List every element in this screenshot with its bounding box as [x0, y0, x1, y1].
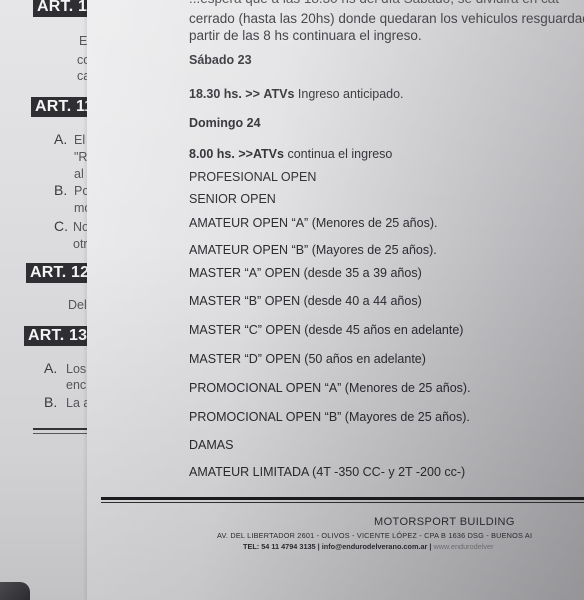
article-10-heading: ART. 10 [33, 0, 87, 17]
intro-line: ...espera que a las 18.30 hs del día Sáb… [189, 0, 559, 6]
intro-line: partir de las 8 hs continuara el ingreso… [189, 28, 422, 43]
category-item: MASTER “C” OPEN (desde 45 años en adelan… [189, 323, 463, 337]
article-13-line: Los [66, 362, 86, 376]
sunday-entry: 8.00 hs. >>ATVs continua el ingreso [189, 147, 392, 161]
item-letter: A. [44, 360, 57, 376]
footer-web: www.endurodelver [433, 542, 493, 551]
article-13-line: enc [66, 378, 86, 392]
entry-class: ATVs [263, 87, 294, 101]
category-item: PROFESIONAL OPEN [189, 170, 316, 184]
divider-rule [33, 428, 87, 430]
intro-line: cerrado (hasta las 20hs) donde quedaran … [189, 11, 584, 26]
article-11-line: al [74, 167, 84, 181]
entry-text: continua el ingreso [287, 147, 392, 161]
footer-rule [101, 497, 584, 500]
item-letter: A. [54, 131, 67, 147]
category-item: AMATEUR OPEN “B” (Mayores de 25 años). [189, 243, 437, 257]
category-item: PROMOCIONAL OPEN “B” (Mayores de 25 años… [189, 410, 470, 424]
saturday-entry: 18.30 hs. >> ATVs Ingreso anticipado. [189, 87, 404, 101]
category-item: MASTER “A” OPEN (desde 35 a 39 años) [189, 266, 422, 280]
footer-rule [101, 502, 584, 503]
entry-class: ATVs [253, 147, 284, 161]
article-11-line: "R [74, 150, 87, 164]
footer-tel: TEL: 54 11 4794 3135 | info@endurodelver… [243, 542, 431, 551]
entry-text: Ingreso anticipado. [298, 87, 404, 101]
entry-time: 18.30 hs. >> [189, 87, 260, 101]
footer-title: MOTORSPORT BUILDING [374, 516, 515, 528]
category-item: DAMAS [189, 438, 233, 452]
category-item: AMATEUR OPEN “A” (Menores de 25 años). [189, 216, 437, 230]
footer-address: AV. DEL LIBERTADOR 2601 - OLIVOS - VICEN… [217, 531, 532, 540]
article-12-line: Del [68, 298, 87, 312]
footer-contact: TEL: 54 11 4794 3135 | info@endurodelver… [243, 542, 494, 551]
item-letter: B. [54, 182, 67, 198]
saturday-heading: Sábado 23 [189, 53, 252, 67]
background-object [0, 582, 30, 600]
item-letter: B. [44, 394, 57, 410]
category-item: AMATEUR LIMITADA (4T -350 CC- y 2T -200 … [189, 465, 465, 479]
article-12-heading: ART. 12 [26, 263, 90, 283]
divider-rule [33, 433, 87, 434]
category-item: SENIOR OPEN [189, 192, 276, 206]
sunday-heading: Domingo 24 [189, 116, 261, 130]
category-item: PROMOCIONAL OPEN “A” (Menores de 25 años… [189, 381, 471, 395]
category-item: MASTER “D” OPEN (50 años en adelante) [189, 352, 426, 366]
article-11-line: otr [73, 237, 88, 251]
item-letter: C. [54, 218, 68, 234]
article-11-heading: ART. 11 [31, 97, 89, 117]
entry-time: 8.00 hs. >> [189, 147, 253, 161]
article-13-heading: ART. 13 [24, 326, 92, 346]
article-11-line: El [74, 133, 85, 147]
category-item: MASTER “B” OPEN (desde 40 a 44 años) [189, 294, 422, 308]
